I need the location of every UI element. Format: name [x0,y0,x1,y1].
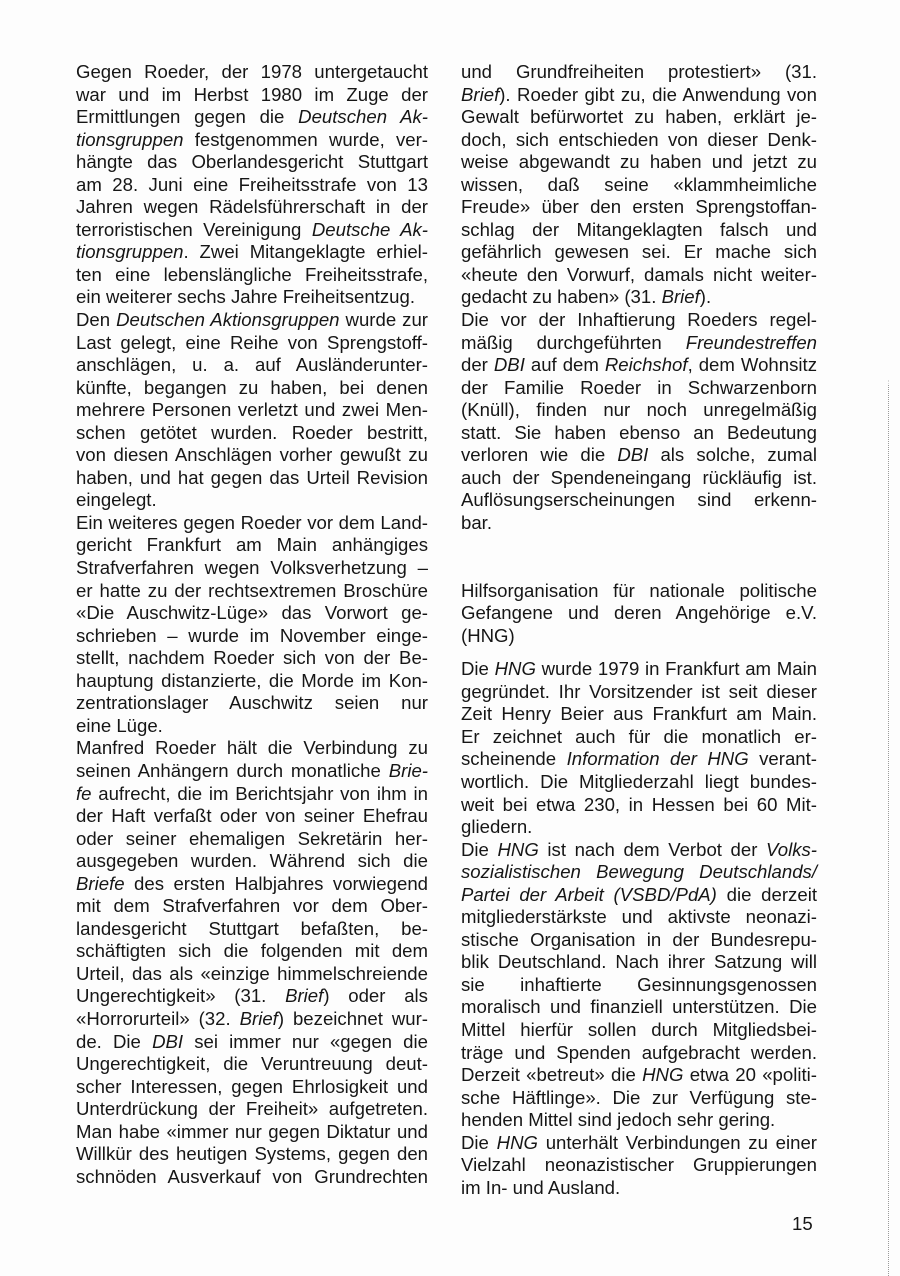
text-run: auch der Spendeneingang rückläufig ist. [461,467,817,488]
text-line: tionsgruppen. Zwei Mitangeklagte erhiel- [76,241,428,264]
text-run: (Knüll), finden nur noch unregelmäßig [461,399,817,420]
text-run: ) oder als [323,985,428,1006]
text-run: Die [461,839,497,860]
text-line: sie inhaftierte Gesinnungsgenossen [461,974,817,997]
text-run: ) bezeichnet wur- [278,1008,428,1029]
text-line: Man habe «immer nur gegen Diktatur und [76,1121,428,1144]
text-line: Freude» über den ersten Sprengstoffan- [461,196,817,219]
document-page: Gegen Roeder, der 1978 untergetauchtwar … [0,0,900,1276]
text-run: schrieben – wurde im November einge- [76,625,428,646]
text-run: der Familie Roeder in Schwarzenborn [461,377,817,398]
text-line: Ungerechtigkeit, die Veruntreuung deut- [76,1053,428,1076]
text-run: seinen Anhängern durch monatliche [76,760,389,781]
italic-text: DBI [494,354,525,375]
paragraph-spacer [461,534,817,557]
text-line: wissen, daß seine «klammheimliche [461,174,817,197]
text-line: Ermittlungen gegen die Deutschen Ak- [76,106,428,129]
italic-text: HNG [497,839,538,860]
text-run: Auflösungserscheinungen sind erkenn- [461,489,817,510]
section-heading-line: Hilfsorganisation für nationale politisc… [461,580,817,603]
text-run: gliedern. [461,816,532,837]
text-run: Gegen Roeder, der 1978 untergetaucht [76,61,428,82]
text-run: anschlägen, u. a. auf Ausländerunter- [76,354,428,375]
right-text-column: und Grundfreiheiten protestiert» (31.Bri… [461,61,817,1199]
text-run: terroristischen Vereinigung [76,219,312,240]
text-run: eine Lüge. [76,715,163,736]
text-line: Gegen Roeder, der 1978 untergetaucht [76,61,428,84]
text-run: Mittel hierfür sollen durch Mitgliedsbei… [461,1019,817,1040]
text-run: weit bei etwa 230, in Hessen bei 60 Mit- [461,794,817,815]
text-line: weise abgewandt zu haben und jetzt zu [461,151,817,174]
text-line: seinen Anhängern durch monatliche Brie- [76,760,428,783]
text-run: Willkür des heutigen Systems, gegen den [76,1143,428,1164]
text-run: und Grundfreiheiten protestiert» (31. [461,61,817,82]
text-line: Er zeichnet auch für die monatlich er- [461,726,817,749]
section-heading-line: Gefangene und deren Angehörige e.V. [461,602,817,625]
text-line: Strafverfahren wegen Volksverhetzung – [76,557,428,580]
text-line: ausgegeben wurden. Während sich die [76,850,428,873]
italic-text: HNG [642,1064,683,1085]
text-line: der Haft verfaßt oder von seiner Ehefrau [76,805,428,828]
text-line: Die vor der Inhaftierung Roeders regel- [461,309,817,332]
text-line: statt. Sie haben ebenso an Bedeutung [461,422,817,445]
italic-text: tionsgruppen [76,241,184,262]
text-line: Partei der Arbeit (VSBD/PdA) die derzeit [461,884,817,907]
text-run: Strafverfahren wegen Volksverhetzung – [76,557,428,578]
text-run: eingelegt. [76,489,157,510]
italic-text: Brief [461,84,499,105]
text-run: von diesen Anschlägen vorher gewußt zu [76,444,428,465]
text-run: landesgericht Stuttgart befaßten, be- [76,918,428,939]
text-run: wortlich. Die Mitgliederzahl liegt bunde… [461,771,817,792]
text-line: Gewalt befürwortet zu haben, erklärt je- [461,106,817,129]
text-run: Die [461,658,495,679]
text-line: schrieben – wurde im November einge- [76,625,428,648]
text-run: de. Die [76,1031,152,1052]
text-run: Unterdrückung der Freiheit» aufgetreten. [76,1098,428,1119]
text-line: scher Interessen, gegen Ehrlosigkeit und [76,1076,428,1099]
text-line: am 28. Juni eine Freiheitsstrafe von 13 [76,174,428,197]
text-line: Last gelegt, eine Reihe von Sprengstoff- [76,332,428,355]
text-line: fe aufrecht, die im Berichtsjahr von ihm… [76,783,428,806]
text-run: mäßig durchgeführten [461,332,686,353]
text-run: bar. [461,512,492,533]
text-run: ). Roeder gibt zu, die Anwendung von [499,84,817,105]
text-run: Manfred Roeder hält die Verbindung zu [76,737,428,758]
text-run: Last gelegt, eine Reihe von Sprengstoff- [76,332,428,353]
text-line: ein weiterer sechs Jahre Freiheitsentzug… [76,286,428,309]
italic-text: Briefe [76,873,125,894]
italic-text: HNG [497,1132,538,1153]
text-run: stische Organisation in der Bundesrepu- [461,929,817,950]
text-run: der Haft verfaßt oder von seiner Ehefrau [76,805,428,826]
text-line: moralisch und finanziell unterstützen. D… [461,996,817,1019]
text-run: auf dem [525,354,605,375]
text-run: als solche, zumal [648,444,817,465]
text-line: Mittel hierfür sollen durch Mitgliedsbei… [461,1019,817,1042]
text-line: Urteil, das als «einzige himmelschreiend… [76,963,428,986]
text-run: Urteil, das als «einzige himmelschreiend… [76,963,428,984]
text-line: weit bei etwa 230, in Hessen bei 60 Mit- [461,794,817,817]
text-line: Jahren wegen Rädelsführerschaft in der [76,196,428,219]
italic-text: Reichshof [605,354,688,375]
text-line: mäßig durchgeführten Freundestreffen [461,332,817,355]
text-line: wortlich. Die Mitgliederzahl liegt bunde… [461,771,817,794]
text-run: wissen, daß seine «klammheimliche [461,174,817,195]
text-run: Freude» über den ersten Sprengstoffan- [461,196,817,217]
text-line: und Grundfreiheiten protestiert» (31. [461,61,817,84]
text-run: Ungerechtigkeit» (31. [76,985,285,1006]
text-line: Ein weiteres gegen Roeder vor dem Land- [76,512,428,535]
text-line: tionsgruppen festgenommen wurde, ver- [76,129,428,152]
italic-text: sozialistischen Bewegung Deutschlands/ [461,861,817,882]
text-run: der [461,354,494,375]
text-run: Den [76,309,116,330]
text-run: haben, und hat gegen das Urteil Revision [76,467,428,488]
text-line: gefährlich gewesen sei. Er mache sich [461,241,817,264]
text-line: Die HNG unterhält Verbindungen zu einer [461,1132,817,1155]
text-run: «Horrorurteil» (32. [76,1008,240,1029]
text-run: Ermittlungen gegen die [76,106,298,127]
text-run: des ersten Halbjahres vorwiegend [125,873,428,894]
text-line: der DBI auf dem Reichshof, dem Wohnsitz [461,354,817,377]
text-line: war und im Herbst 1980 im Zuge der [76,84,428,107]
text-line: mitgliederstärkste und aktivste neonazi- [461,906,817,929]
text-line: gegründet. Ihr Vorsitzender ist seit die… [461,681,817,704]
text-run: aufrecht, die im Berichtsjahr von ihm in [92,783,428,804]
italic-text: Information der HNG [567,748,749,769]
text-line: Auflösungserscheinungen sind erkenn- [461,489,817,512]
text-run: gegründet. Ihr Vorsitzender ist seit die… [461,681,817,702]
text-run: im In- und Ausland. [461,1177,620,1198]
text-line: von diesen Anschlägen vorher gewußt zu [76,444,428,467]
text-run: moralisch und finanziell unterstützen. D… [461,996,817,1017]
text-line: schnöden Ausverkauf von Grundrechten [76,1166,428,1189]
text-run: verant- [749,748,817,769]
italic-text: Deutschen Ak- [298,106,428,127]
text-run: mehrere Personen verletzt und zwei Men- [76,399,428,420]
text-run: sie inhaftierte Gesinnungsgenossen [461,974,817,995]
text-line: Willkür des heutigen Systems, gegen den [76,1143,428,1166]
italic-text: DBI [152,1031,183,1052]
italic-text: Deutschen Aktionsgruppen [116,309,339,330]
italic-text: Brief [662,286,700,307]
text-run: Hilfsorganisation für nationale politisc… [461,580,817,601]
text-line: henden Mittel sind jedoch sehr gering. [461,1109,817,1132]
text-run: statt. Sie haben ebenso an Bedeutung [461,422,817,443]
text-line: zentrationslager Auschwitz seien nur [76,692,428,715]
text-run: zentrationslager Auschwitz seien nur [76,692,428,713]
paragraph-spacer [461,647,817,658]
text-run: er hatte zu der rechtsextremen Broschüre [76,580,428,601]
text-line: «Horrorurteil» (32. Brief) bezeichnet wu… [76,1008,428,1031]
text-run: ein weiterer sechs Jahre Freiheitsentzug… [76,286,415,307]
text-line: er hatte zu der rechtsextremen Broschüre [76,580,428,603]
text-line: schäftigten sich die folgenden mit dem [76,940,428,963]
text-run: henden Mittel sind jedoch sehr gering. [461,1109,775,1130]
text-run: ten eine lebenslängliche Freiheitsstrafe… [76,264,428,285]
text-line: gericht Frankfurt am Main anhängiges [76,534,428,557]
text-run: schäftigten sich die folgenden mit dem [76,940,428,961]
italic-text: DBI [617,444,648,465]
italic-text: Brief [240,1008,278,1029]
text-run: schnöden Ausverkauf von Grundrechten [76,1166,428,1187]
italic-text: Deutsche Ak- [312,219,428,240]
text-run: Zeit Henry Beier aus Frankfurt am Main. [461,703,817,724]
text-line: doch, sich entschieden von dieser Denk- [461,129,817,152]
scan-edge-line [888,385,889,1276]
text-run: hängte das Oberlandesgericht Stuttgart [76,151,428,172]
text-run: blik Deutschland. Nach ihrer Satzung wil… [461,951,817,972]
text-line: ten eine lebenslängliche Freiheitsstrafe… [76,264,428,287]
text-run: weise abgewandt zu haben und jetzt zu [461,151,817,172]
text-line: auch der Spendeneingang rückläufig ist. [461,467,817,490]
text-run: etwa 20 «politi- [683,1064,817,1085]
section-heading-line: (HNG) [461,625,817,648]
text-line: Den Deutschen Aktionsgruppen wurde zur [76,309,428,332]
text-run: sche Häftlinge». Die zur Verfügung ste- [461,1087,817,1108]
text-run: gefährlich gewesen sei. Er mache sich [461,241,817,262]
text-line: terroristischen Vereinigung Deutsche Ak- [76,219,428,242]
text-line: anschlägen, u. a. auf Ausländerunter- [76,354,428,377]
text-line: träge und Spenden aufgebracht werden. [461,1042,817,1065]
text-line: Ungerechtigkeit» (31. Brief) oder als [76,985,428,1008]
text-run: stellt, nachdem Roeder sich von der Be- [76,647,428,668]
text-line: Vielzahl neonazistischer Gruppierungen [461,1154,817,1177]
italic-text: Partei der Arbeit (VSBD/PdA) [461,884,717,905]
text-run: wurde zur [340,309,428,330]
text-line: (Knüll), finden nur noch unregelmäßig [461,399,817,422]
text-run: Gewalt befürwortet zu haben, erklärt je- [461,106,817,127]
text-run: Gefangene und deren Angehörige e.V. [461,602,817,623]
italic-text: fe [76,783,92,804]
text-line: eine Lüge. [76,715,428,738]
text-line: Manfred Roeder hält die Verbindung zu [76,737,428,760]
text-run: scher Interessen, gegen Ehrlosigkeit und [76,1076,428,1097]
text-run: oder seiner ehemaligen Sekretärin her- [76,828,428,849]
text-run: verloren wie die [461,444,617,465]
text-run: . Zwei Mitangeklagte erhiel- [184,241,428,262]
text-run: Die [461,1132,497,1153]
text-line: verloren wie die DBI als solche, zumal [461,444,817,467]
text-line: Briefe des ersten Halbjahres vorwiegend [76,873,428,896]
paragraph-spacer [461,557,817,580]
text-run: hauptung distanzierte, die Morde im Kon- [76,670,428,691]
text-line: im In- und Ausland. [461,1177,817,1200]
text-line: Zeit Henry Beier aus Frankfurt am Main. [461,703,817,726]
text-run: schen getötet wurden. Roeder bestritt, [76,422,428,443]
text-run: sei immer nur «gegen die [183,1031,428,1052]
text-line: schlag der Mitangeklagten falsch und [461,219,817,242]
text-line: gedacht zu haben» (31. Brief). [461,286,817,309]
text-run: wurde 1979 in Frankfurt am Main [536,658,817,679]
text-line: stische Organisation in der Bundesrepu- [461,929,817,952]
text-run: Ein weiteres gegen Roeder vor dem Land- [76,512,428,533]
text-line: scheinende Information der HNG verant- [461,748,817,771]
text-run: , dem Wohnsitz [688,354,817,375]
text-run: künfte, begangen zu haben, bei denen [76,377,428,398]
text-run: Ungerechtigkeit, die Veruntreuung deut- [76,1053,428,1074]
text-run: gedacht zu haben» (31. [461,286,662,307]
text-line: hauptung distanzierte, die Morde im Kon- [76,670,428,693]
text-run: Vielzahl neonazistischer Gruppierungen [461,1154,817,1175]
text-run: Man habe «immer nur gegen Diktatur und [76,1121,428,1142]
italic-text: Volks- [766,839,817,860]
text-line: künfte, begangen zu haben, bei denen [76,377,428,400]
italic-text: Brie- [389,760,428,781]
text-line: Die HNG wurde 1979 in Frankfurt am Main [461,658,817,681]
italic-text: Freundestreffen [686,332,817,353]
text-run: «heute den Vorwurf, damals nicht weiter- [461,264,817,285]
text-line: hängte das Oberlandesgericht Stuttgart [76,151,428,174]
italic-text: HNG [495,658,536,679]
italic-text: Brief [285,985,323,1006]
text-run: Jahren wegen Rädelsführerschaft in der [76,196,428,217]
text-run: «Die Auschwitz-Lüge» das Vorwort ge- [76,602,428,623]
text-line: sozialistischen Bewegung Deutschlands/ [461,861,817,884]
text-line: mehrere Personen verletzt und zwei Men- [76,399,428,422]
text-line: schen getötet wurden. Roeder bestritt, [76,422,428,445]
text-line: «heute den Vorwurf, damals nicht weiter- [461,264,817,287]
text-line: landesgericht Stuttgart befaßten, be- [76,918,428,941]
text-run: ). [700,286,711,307]
text-run: Er zeichnet auch für die monatlich er- [461,726,817,747]
text-line: Unterdrückung der Freiheit» aufgetreten. [76,1098,428,1121]
text-run: mit dem Strafverfahren vor dem Ober- [76,895,428,916]
text-line: haben, und hat gegen das Urteil Revision [76,467,428,490]
text-run: (HNG) [461,625,515,646]
text-run: gericht Frankfurt am Main anhängiges [76,534,428,555]
text-line: de. Die DBI sei immer nur «gegen die [76,1031,428,1054]
text-line: eingelegt. [76,489,428,512]
text-line: Die HNG ist nach dem Verbot der Volks- [461,839,817,862]
text-run: festgenommen wurde, ver- [184,129,428,150]
text-line: «Die Auschwitz-Lüge» das Vorwort ge- [76,602,428,625]
text-line: Derzeit «betreut» die HNG etwa 20 «polit… [461,1064,817,1087]
text-run: doch, sich entschieden von dieser Denk- [461,129,817,150]
text-run: war und im Herbst 1980 im Zuge der [76,84,428,105]
text-line: sche Häftlinge». Die zur Verfügung ste- [461,1087,817,1110]
text-run: ist nach dem Verbot der [539,839,766,860]
text-run: scheinende [461,748,567,769]
text-line: gliedern. [461,816,817,839]
text-line: stellt, nachdem Roeder sich von der Be- [76,647,428,670]
text-run: träge und Spenden aufgebracht werden. [461,1042,817,1063]
text-line: der Familie Roeder in Schwarzenborn [461,377,817,400]
text-run: ausgegeben wurden. Während sich die [76,850,428,871]
text-run: am 28. Juni eine Freiheitsstrafe von 13 [76,174,428,195]
left-text-column: Gegen Roeder, der 1978 untergetauchtwar … [76,61,428,1188]
text-line: Brief). Roeder gibt zu, die Anwendung vo… [461,84,817,107]
text-line: oder seiner ehemaligen Sekretärin her- [76,828,428,851]
text-run: Die vor der Inhaftierung Roeders regel- [461,309,817,330]
text-run: die derzeit [717,884,817,905]
text-run: mitgliederstärkste und aktivste neonazi- [461,906,817,927]
text-line: mit dem Strafverfahren vor dem Ober- [76,895,428,918]
text-line: blik Deutschland. Nach ihrer Satzung wil… [461,951,817,974]
text-line: bar. [461,512,817,535]
text-run: schlag der Mitangeklagten falsch und [461,219,817,240]
page-number: 15 [792,1213,813,1235]
italic-text: tionsgruppen [76,129,184,150]
text-run: Derzeit «betreut» die [461,1064,642,1085]
text-run: unterhält Verbindungen zu einer [538,1132,817,1153]
